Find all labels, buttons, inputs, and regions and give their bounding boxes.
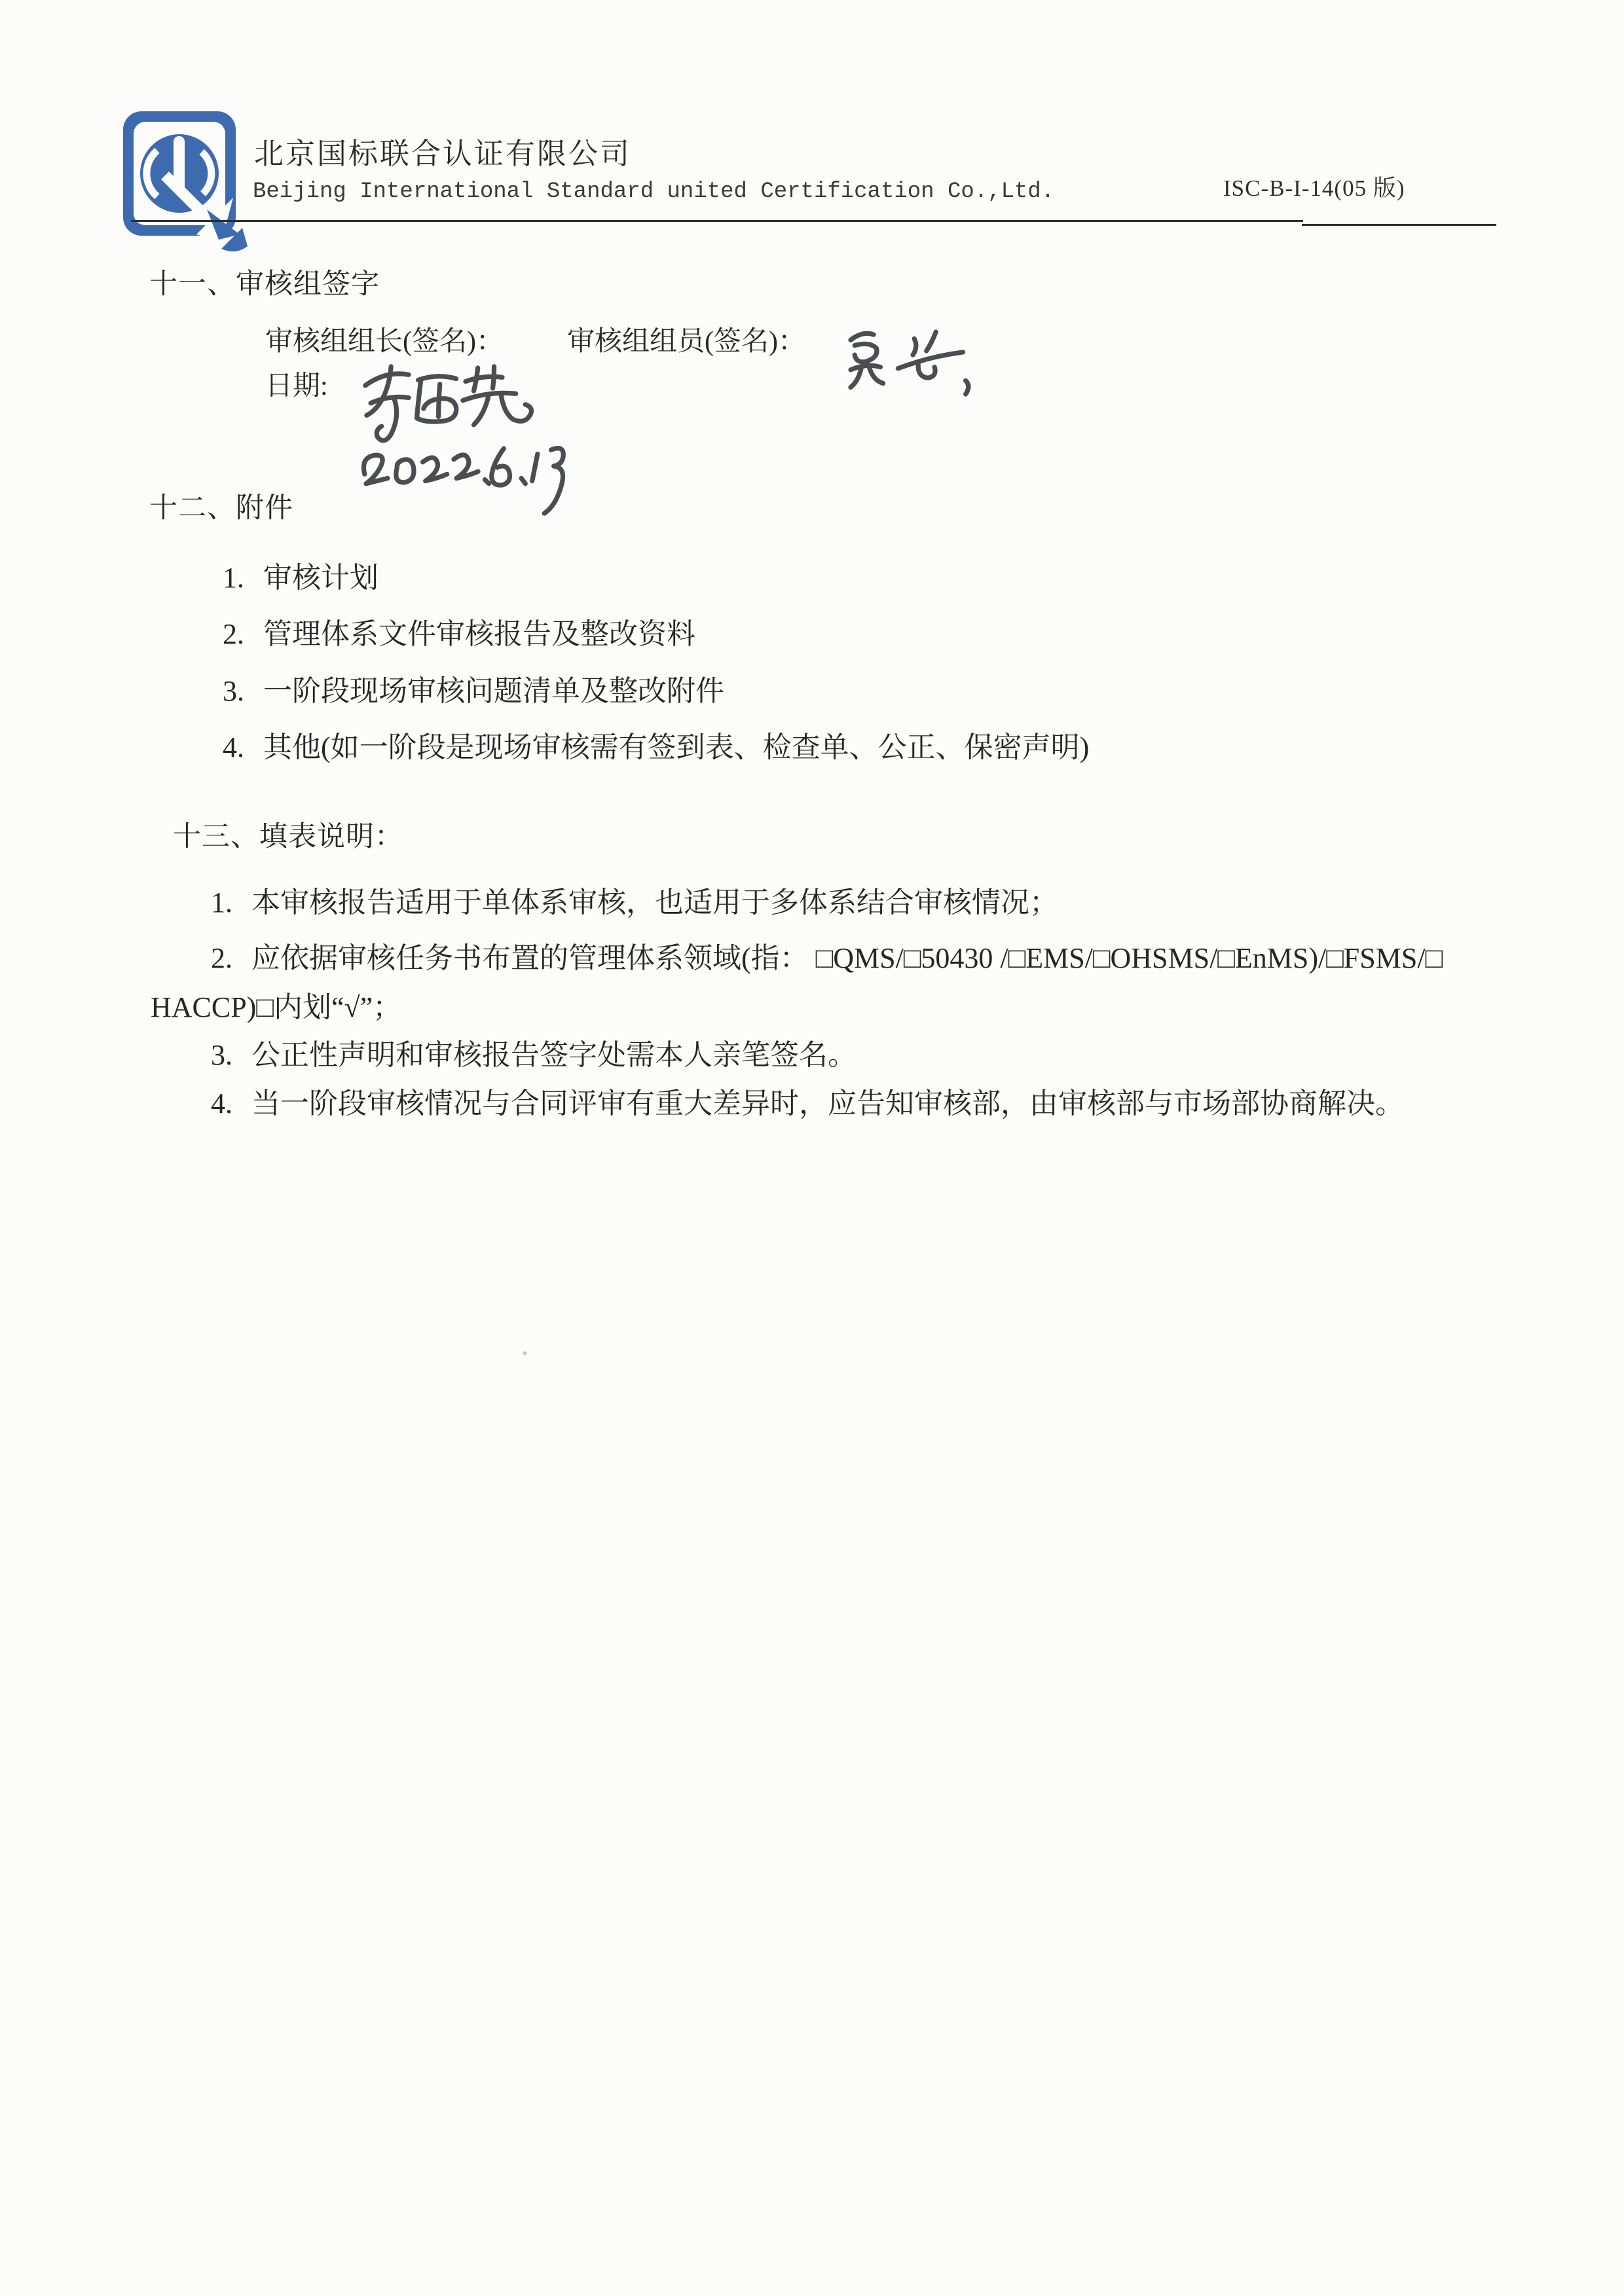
note-item-1: 1.本审核报告适用于单体系审核，也适用于多体系结合审核情况； <box>211 879 1058 920</box>
member-signature-handwriting <box>830 316 993 410</box>
item-text: 其他(如一阶段是现场审核需有签到表、检查单、公正、保密声明) <box>263 731 1089 763</box>
company-name-en: Beijing International Standard united Ce… <box>253 179 1054 204</box>
item-text: 管理体系文件审核报告及整改资料 <box>263 618 695 650</box>
scanned-document-page: 北京国标联合认证有限公司 Beijing International Stand… <box>0 0 1624 2296</box>
note-item-3: 3.公正性声明和审核报告签字处需本人亲笔签名。 <box>211 1031 857 1073</box>
header-rule-left <box>131 220 1303 222</box>
document-code: ISC-B-I-14(05 版) <box>1223 170 1405 203</box>
item-number: 3. <box>223 674 263 708</box>
item-number: 2. <box>211 941 251 975</box>
attachment-item-1: 1.审核计划 <box>223 554 378 596</box>
item-text: 应依据审核任务书布置的管理体系领域(指： □QMS/□50430 /□EMS/□… <box>251 942 1443 974</box>
attachment-item-2: 2.管理体系文件审核报告及整改资料 <box>223 610 695 652</box>
item-number: 4. <box>223 731 263 764</box>
company-logo-icon <box>123 111 254 259</box>
company-name-cn: 北京国标联合认证有限公司 <box>254 130 631 172</box>
section-11-title: 十一、审核组签字 <box>149 262 380 302</box>
note-item-2-line-1: 2.应依据审核任务书布置的管理体系领域(指： □QMS/□50430 /□EMS… <box>211 934 1443 976</box>
section-13-title: 十三、填表说明： <box>173 814 403 854</box>
item-number: 1. <box>223 561 263 594</box>
section-12-title: 十二、附件 <box>149 486 293 526</box>
item-text: 公正性声明和审核报告签字处需本人亲笔签名。 <box>251 1039 857 1071</box>
note-item-2-line-2: HACCP)□内划“√”； <box>151 983 401 1025</box>
item-text: 审核计划 <box>263 562 378 594</box>
item-number: 2. <box>223 617 263 651</box>
member-signature-label: 审核组组员(签名)： <box>567 319 805 359</box>
attachment-item-3: 3.一阶段现场审核问题清单及整改附件 <box>223 667 724 709</box>
item-text: 当一阶段审核情况与合同评审有重大差异时，应告知审核部，由审核部与市场部协商解决。 <box>251 1087 1404 1120</box>
leader-date-handwriting <box>354 424 597 532</box>
item-text: HACCP)□内划“√”； <box>151 991 401 1023</box>
header-rule-right <box>1302 224 1496 226</box>
note-item-4: 4.当一阶段审核情况与合同评审有重大差异时，应告知审核部，由审核部与市场部协商解… <box>211 1080 1404 1121</box>
item-number: 4. <box>211 1087 251 1120</box>
item-text: 本审核报告适用于单体系审核，也适用于多体系结合审核情况； <box>251 886 1058 919</box>
item-number: 3. <box>211 1038 251 1072</box>
item-text: 一阶段现场审核问题清单及整改附件 <box>263 675 724 707</box>
scan-artifact-speck <box>523 1351 527 1355</box>
date-label: 日期: <box>265 364 328 403</box>
attachment-item-4: 4.其他(如一阶段是现场审核需有签到表、检查单、公正、保密声明) <box>223 723 1089 765</box>
item-number: 1. <box>211 886 251 919</box>
